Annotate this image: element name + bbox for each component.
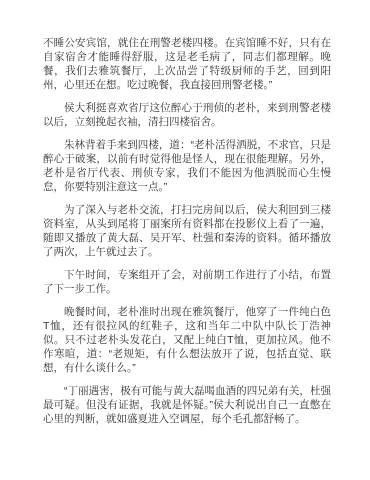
paragraph: 下午时间，专案组开了会，对前期工作进行了小结，布置了下一步工作。: [43, 268, 331, 296]
paragraph: 不睡公安宾馆，就住在刑警老楼四楼。在宾馆睡不好，只有在自家宿舍才能睡得舒服，这是…: [43, 36, 331, 92]
paragraph: 侯大利挺喜欢省厅这位醉心于刑侦的老朴，来到刑警老楼以后，立刻挽起衣袖，清扫四楼宿…: [43, 101, 331, 129]
paragraph: 为了深入与老朴交流，打扫完房间以后，侯大利回到三楼资料室，从头到尾将丁丽案所有资…: [43, 203, 331, 259]
book-page: 不睡公安宾馆，就住在刑警老楼四楼。在宾馆睡不好，只有在自家宿舍才能睡得舒服，这是…: [0, 0, 370, 480]
paragraph: 朱林背着手来到四楼，道：“老朴活得洒脱，不求官，只是醉心于破案，以前有时觉得他是…: [43, 138, 331, 194]
paragraph: 晚餐时间，老朴准时出现在雅筑餐厅，他穿了一件纯白色T恤，还有很拉风的红鞋子，这和…: [43, 305, 331, 375]
paragraph: “丁丽遇害，极有可能与黄大磊喝血酒的四兄弟有关，杜强最可疑。但没有证据，我就是怀…: [43, 384, 331, 426]
